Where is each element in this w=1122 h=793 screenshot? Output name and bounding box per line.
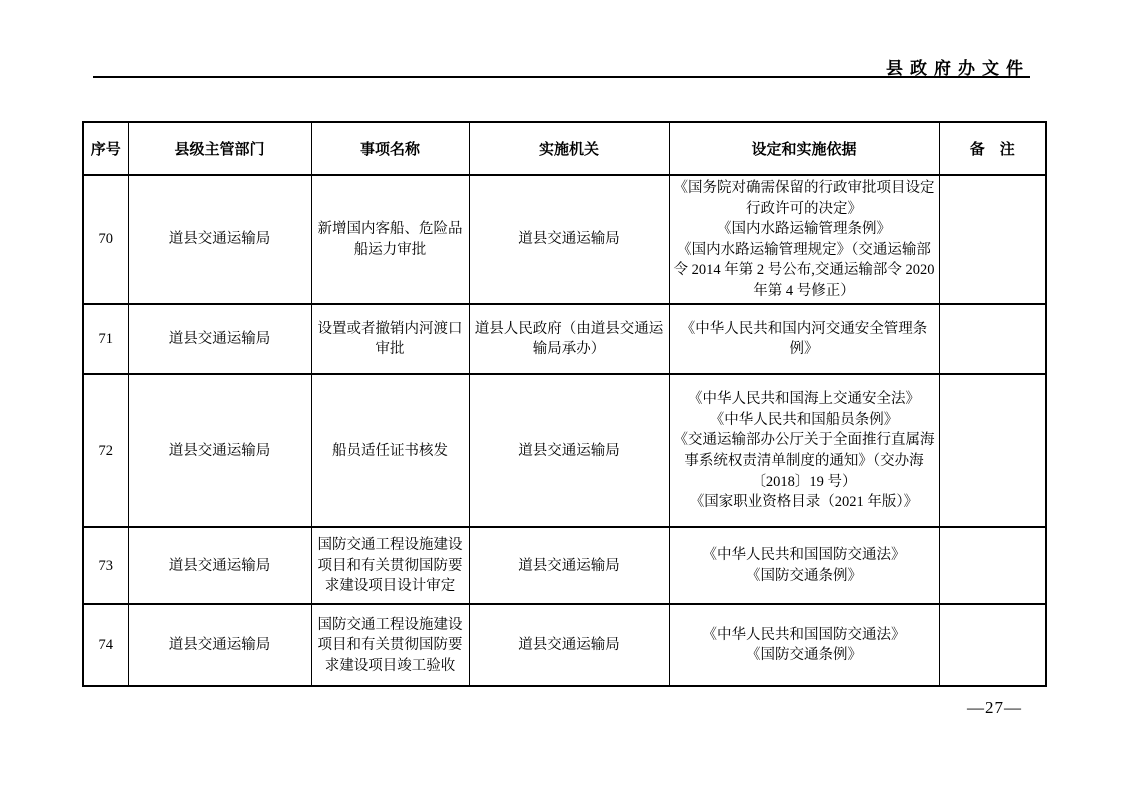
- column-header-agency: 实施机关: [469, 122, 669, 175]
- cell-agency: 道县交通运输局: [469, 374, 669, 527]
- cell-remark: [939, 604, 1046, 686]
- cell-seq: 72: [83, 374, 128, 527]
- table-row: 72 道县交通运输局 船员适任证书核发 道县交通运输局 《中华人民共和国海上交通…: [83, 374, 1046, 527]
- column-header-department: 县级主管部门: [128, 122, 311, 175]
- column-header-remark: 备 注: [939, 122, 1046, 175]
- cell-department: 道县交通运输局: [128, 374, 311, 527]
- cell-basis: 《中华人民共和国内河交通安全管理条 例》: [669, 304, 939, 374]
- cell-basis: 《中华人民共和国国防交通法》 《国防交通条例》: [669, 527, 939, 604]
- cell-basis: 《中华人民共和国国防交通法》 《国防交通条例》: [669, 604, 939, 686]
- cell-basis: 《国务院对确需保留的行政审批项目设定 行政许可的决定》 《国内水路运输管理条例》…: [669, 175, 939, 304]
- cell-remark: [939, 175, 1046, 304]
- table-header-row: 序号 县级主管部门 事项名称 实施机关 设定和实施依据 备 注: [83, 122, 1046, 175]
- cell-remark: [939, 527, 1046, 604]
- cell-department: 道县交通运输局: [128, 175, 311, 304]
- header-rule: [93, 76, 1030, 78]
- cell-agency: 道县交通运输局: [469, 175, 669, 304]
- cell-agency: 道县交通运输局: [469, 604, 669, 686]
- cell-department: 道县交通运输局: [128, 604, 311, 686]
- document-page: 县政府办文件 序号 县级主管部门 事项名称 实施机关 设定和实施依据 备 注 7…: [0, 0, 1122, 793]
- column-header-basis: 设定和实施依据: [669, 122, 939, 175]
- cell-item: 船员适任证书核发: [311, 374, 469, 527]
- cell-seq: 71: [83, 304, 128, 374]
- table-row: 70 道县交通运输局 新增国内客船、危险品 船运力审批 道县交通运输局 《国务院…: [83, 175, 1046, 304]
- cell-department: 道县交通运输局: [128, 527, 311, 604]
- table-row: 73 道县交通运输局 国防交通工程设施建设 项目和有关贯彻国防要 求建设项目设计…: [83, 527, 1046, 604]
- approval-items-table: 序号 县级主管部门 事项名称 实施机关 设定和实施依据 备 注 70 道县交通运…: [82, 121, 1047, 687]
- cell-agency: 道县人民政府（由道县交通运 输局承办）: [469, 304, 669, 374]
- cell-remark: [939, 304, 1046, 374]
- cell-item: 新增国内客船、危险品 船运力审批: [311, 175, 469, 304]
- cell-seq: 73: [83, 527, 128, 604]
- table-row: 71 道县交通运输局 设置或者撤销内河渡口 审批 道县人民政府（由道县交通运 输…: [83, 304, 1046, 374]
- cell-basis: 《中华人民共和国海上交通安全法》 《中华人民共和国船员条例》 《交通运输部办公厅…: [669, 374, 939, 527]
- cell-item: 国防交通工程设施建设 项目和有关贯彻国防要 求建设项目设计审定: [311, 527, 469, 604]
- cell-seq: 74: [83, 604, 128, 686]
- table-row: 74 道县交通运输局 国防交通工程设施建设 项目和有关贯彻国防要 求建设项目竣工…: [83, 604, 1046, 686]
- cell-department: 道县交通运输局: [128, 304, 311, 374]
- column-header-item: 事项名称: [311, 122, 469, 175]
- cell-agency: 道县交通运输局: [469, 527, 669, 604]
- cell-item: 设置或者撤销内河渡口 审批: [311, 304, 469, 374]
- cell-remark: [939, 374, 1046, 527]
- column-header-seq: 序号: [83, 122, 128, 175]
- page-number: —27—: [967, 698, 1022, 718]
- cell-item: 国防交通工程设施建设 项目和有关贯彻国防要 求建设项目竣工验收: [311, 604, 469, 686]
- cell-seq: 70: [83, 175, 128, 304]
